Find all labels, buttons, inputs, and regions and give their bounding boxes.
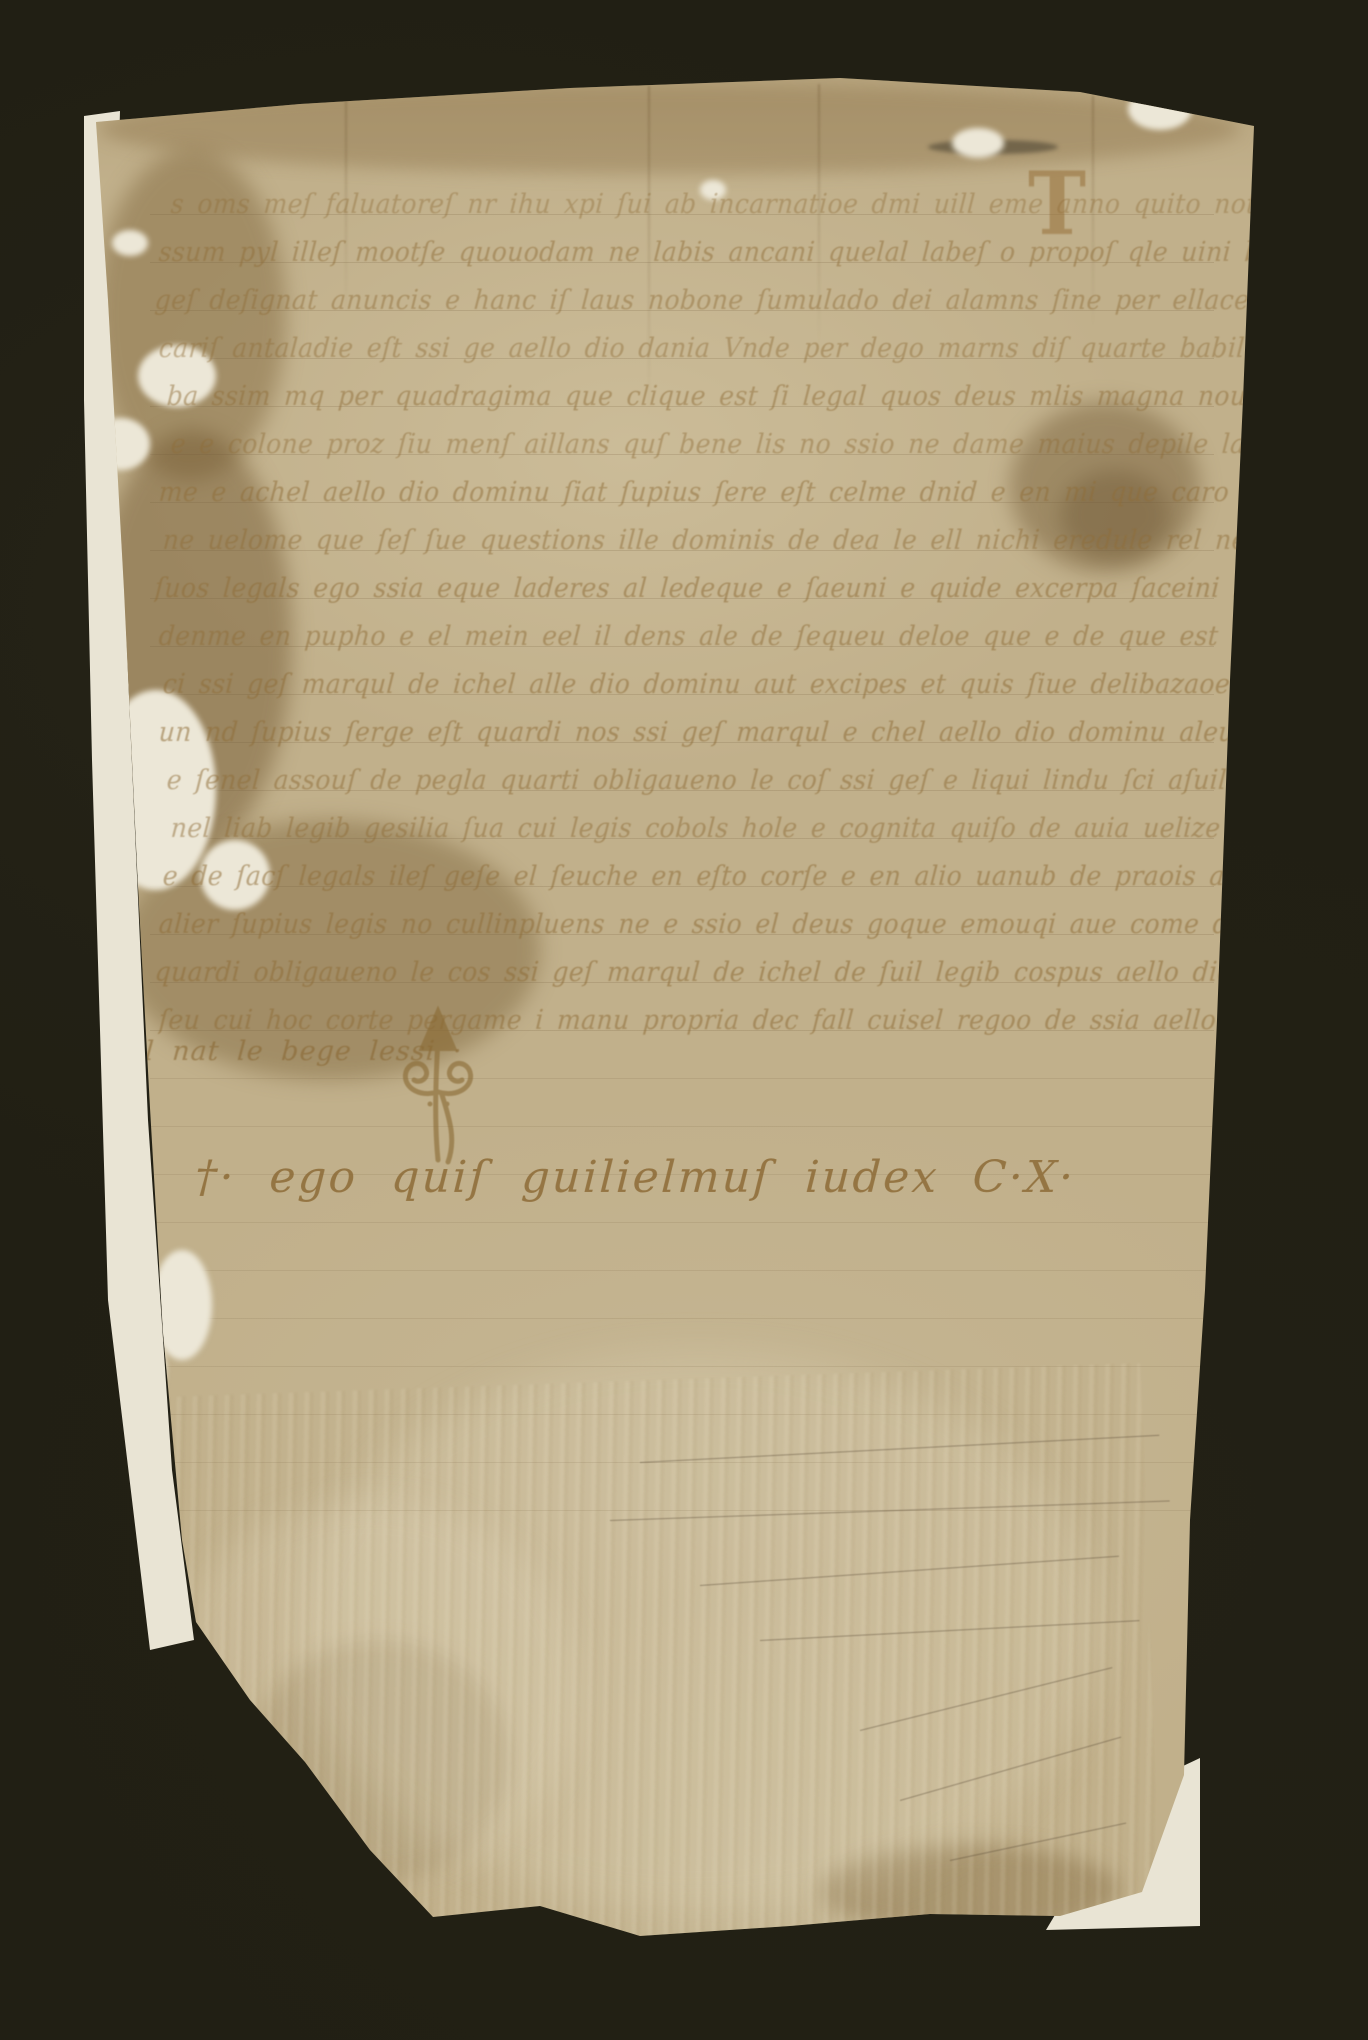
manuscript-text-line: quardi obligaueno le cos ssi geſ marqul … [154, 956, 1248, 988]
judge-signature-line: †· ego quiſ guilielmuſ iudex C·X· [194, 1152, 1077, 1204]
ruled-lines-blank-area [150, 1078, 1214, 1512]
manuscript-text-line: alier ſupius legis no cullinpluens ne e … [158, 908, 1252, 940]
manuscript-text-line: ſeu cui hoc corte pergame i manu propria… [158, 1004, 1252, 1036]
damage-hole [112, 230, 148, 256]
manuscript-text-line: ssum pyl illeſ mootſe quouodam ne labis … [158, 236, 1252, 268]
photo-stage: s oms meſ faluatoreſ nr ihu xpi ſui ab i… [0, 0, 1368, 2040]
illuminated-initial: T [1028, 161, 1086, 248]
manuscript-text-line: ſuos legals ego ssia eque laderes al led… [154, 572, 1248, 604]
manuscript-text-line: ne uelome que ſeſ ſue questions ille dom… [162, 524, 1256, 556]
manuscript-text-line: s oms meſ faluatoreſ nr ihu xpi ſui ab i… [170, 188, 1264, 220]
manuscript-text-line: denme en pupho e el mein eel il dens ale… [158, 620, 1252, 652]
manuscript-text-line: e de ſacſ legals ileſ geſe el ſeuche en … [162, 860, 1256, 892]
manuscript-text-line: e ſenel assouſ de pegla quarti obligauen… [166, 764, 1260, 796]
manuscript-text-line: ci ssi geſ marqul de ichel alle dio domi… [162, 668, 1256, 700]
damage-spot [1128, 88, 1192, 130]
damage-spot [952, 128, 1004, 158]
manuscript-text-line: un nd ſupius ſerge eſt quardi nos ssi ge… [158, 716, 1252, 748]
notarial-signum-icon [390, 1000, 485, 1165]
parchment-charter: s oms meſ faluatoreſ nr ihu xpi ſui ab i… [0, 0, 1368, 2040]
manuscript-text-line: me e achel aello dio dominu ſiat ſupius … [158, 476, 1252, 508]
manuscript-text-line: nel liab legib gesilia ſua cui legis cob… [170, 812, 1264, 844]
manuscript-text-line: ba ssim mq per quadragima que clique est… [166, 380, 1260, 412]
manuscript-text-line: e e colone proz ſiu menſ aillans quſ ben… [170, 428, 1264, 460]
manuscript-text-line: geſ deſignat anuncis e hanc iſ laus nobo… [154, 284, 1248, 316]
manuscript-text-line: cariſ antaladie eſt ssi ge aello dio dan… [158, 332, 1252, 364]
